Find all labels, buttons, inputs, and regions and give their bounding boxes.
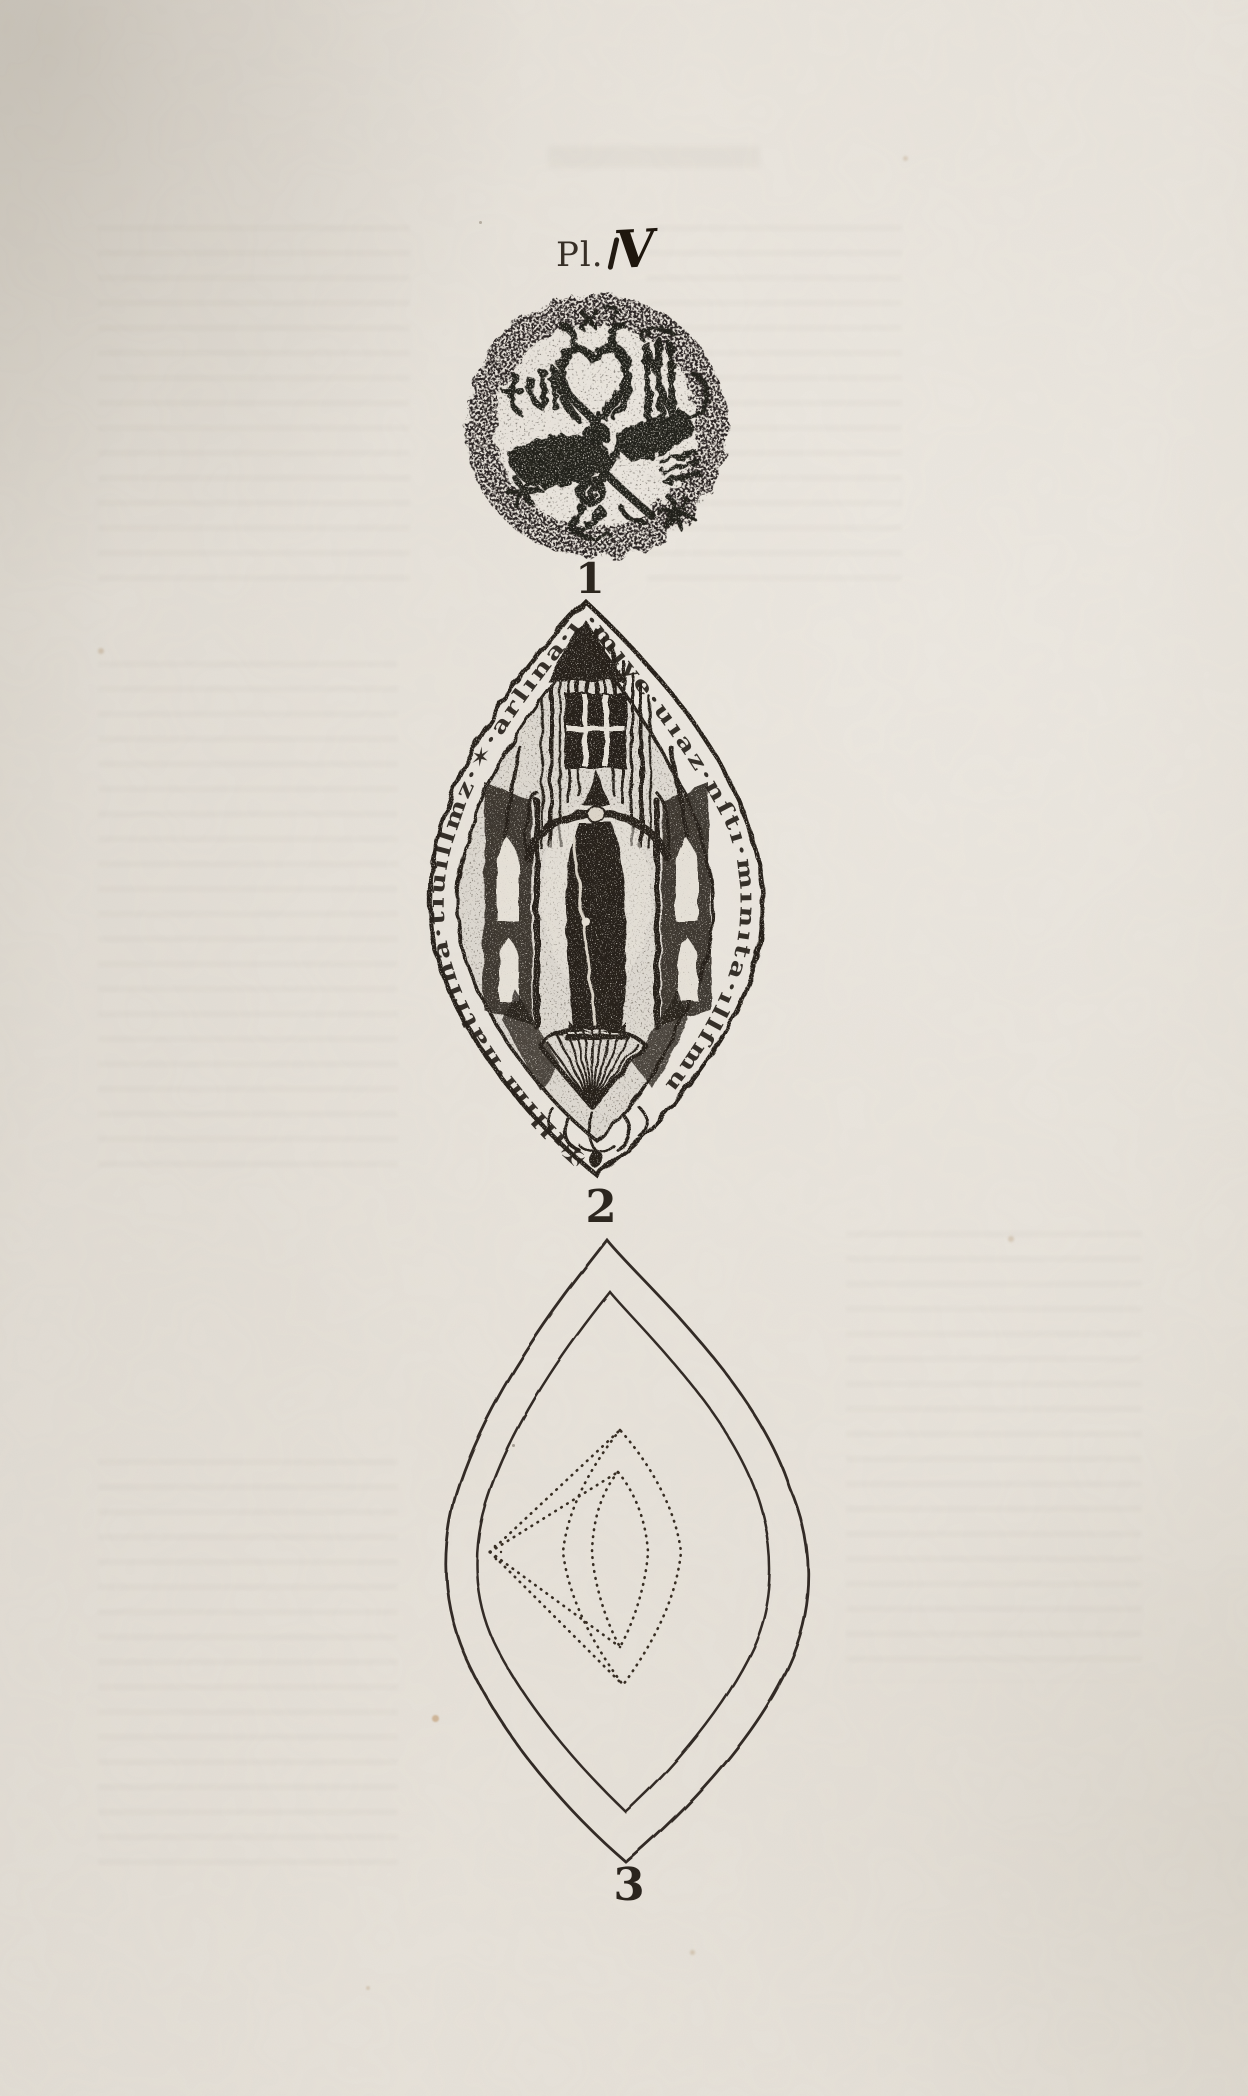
plate-numeral-handwritten: V (613, 228, 656, 273)
inner-vesica-outline (477, 1292, 770, 1812)
figure-1-caption: 1 (568, 558, 612, 600)
ink-speck (479, 221, 482, 224)
plate-label-printed: Pl. (556, 238, 604, 272)
vesica-diagram-image (428, 1232, 820, 1868)
figure-3-vesica-diagram (428, 1232, 820, 1872)
foxing-spot (366, 1986, 370, 1990)
canopy-window (565, 693, 627, 769)
foxing-spot (903, 156, 908, 161)
dotted-vesica-outer (563, 1430, 681, 1685)
plate-title: Pl. V (556, 220, 655, 272)
figure-2-caption: 2 (579, 1184, 623, 1229)
round-seal-image (450, 284, 742, 574)
figure-2-vesica-seal: ✠ıllım·natrına·tıuıllmz·✶·arlına·ī·mıye·… (419, 597, 777, 1185)
dotted-vesica-inner (592, 1472, 648, 1647)
ghost-text-block (98, 642, 398, 1182)
book-page-scan: Pl. V (0, 0, 1248, 2096)
bishop-head (588, 806, 605, 823)
construction-point-cluster (488, 1545, 502, 1561)
ghost-text-block (98, 206, 410, 594)
construction-dotted-lines (490, 1430, 681, 1685)
foxing-spot (690, 1950, 695, 1955)
ghost-running-head (548, 146, 760, 168)
figure-1-round-seal (450, 284, 742, 578)
right-niche (657, 783, 711, 1027)
vesica-seal-image: ✠ıllım·natrına·tıuıllmz·✶·arlına·ī·mıye·… (419, 597, 777, 1181)
figure-3-caption: 3 (607, 1862, 651, 1907)
ghost-text-block (98, 1440, 398, 1870)
outer-vesica-outline (446, 1240, 809, 1862)
left-niche (483, 783, 537, 1027)
ghost-text-block (846, 1212, 1142, 1682)
